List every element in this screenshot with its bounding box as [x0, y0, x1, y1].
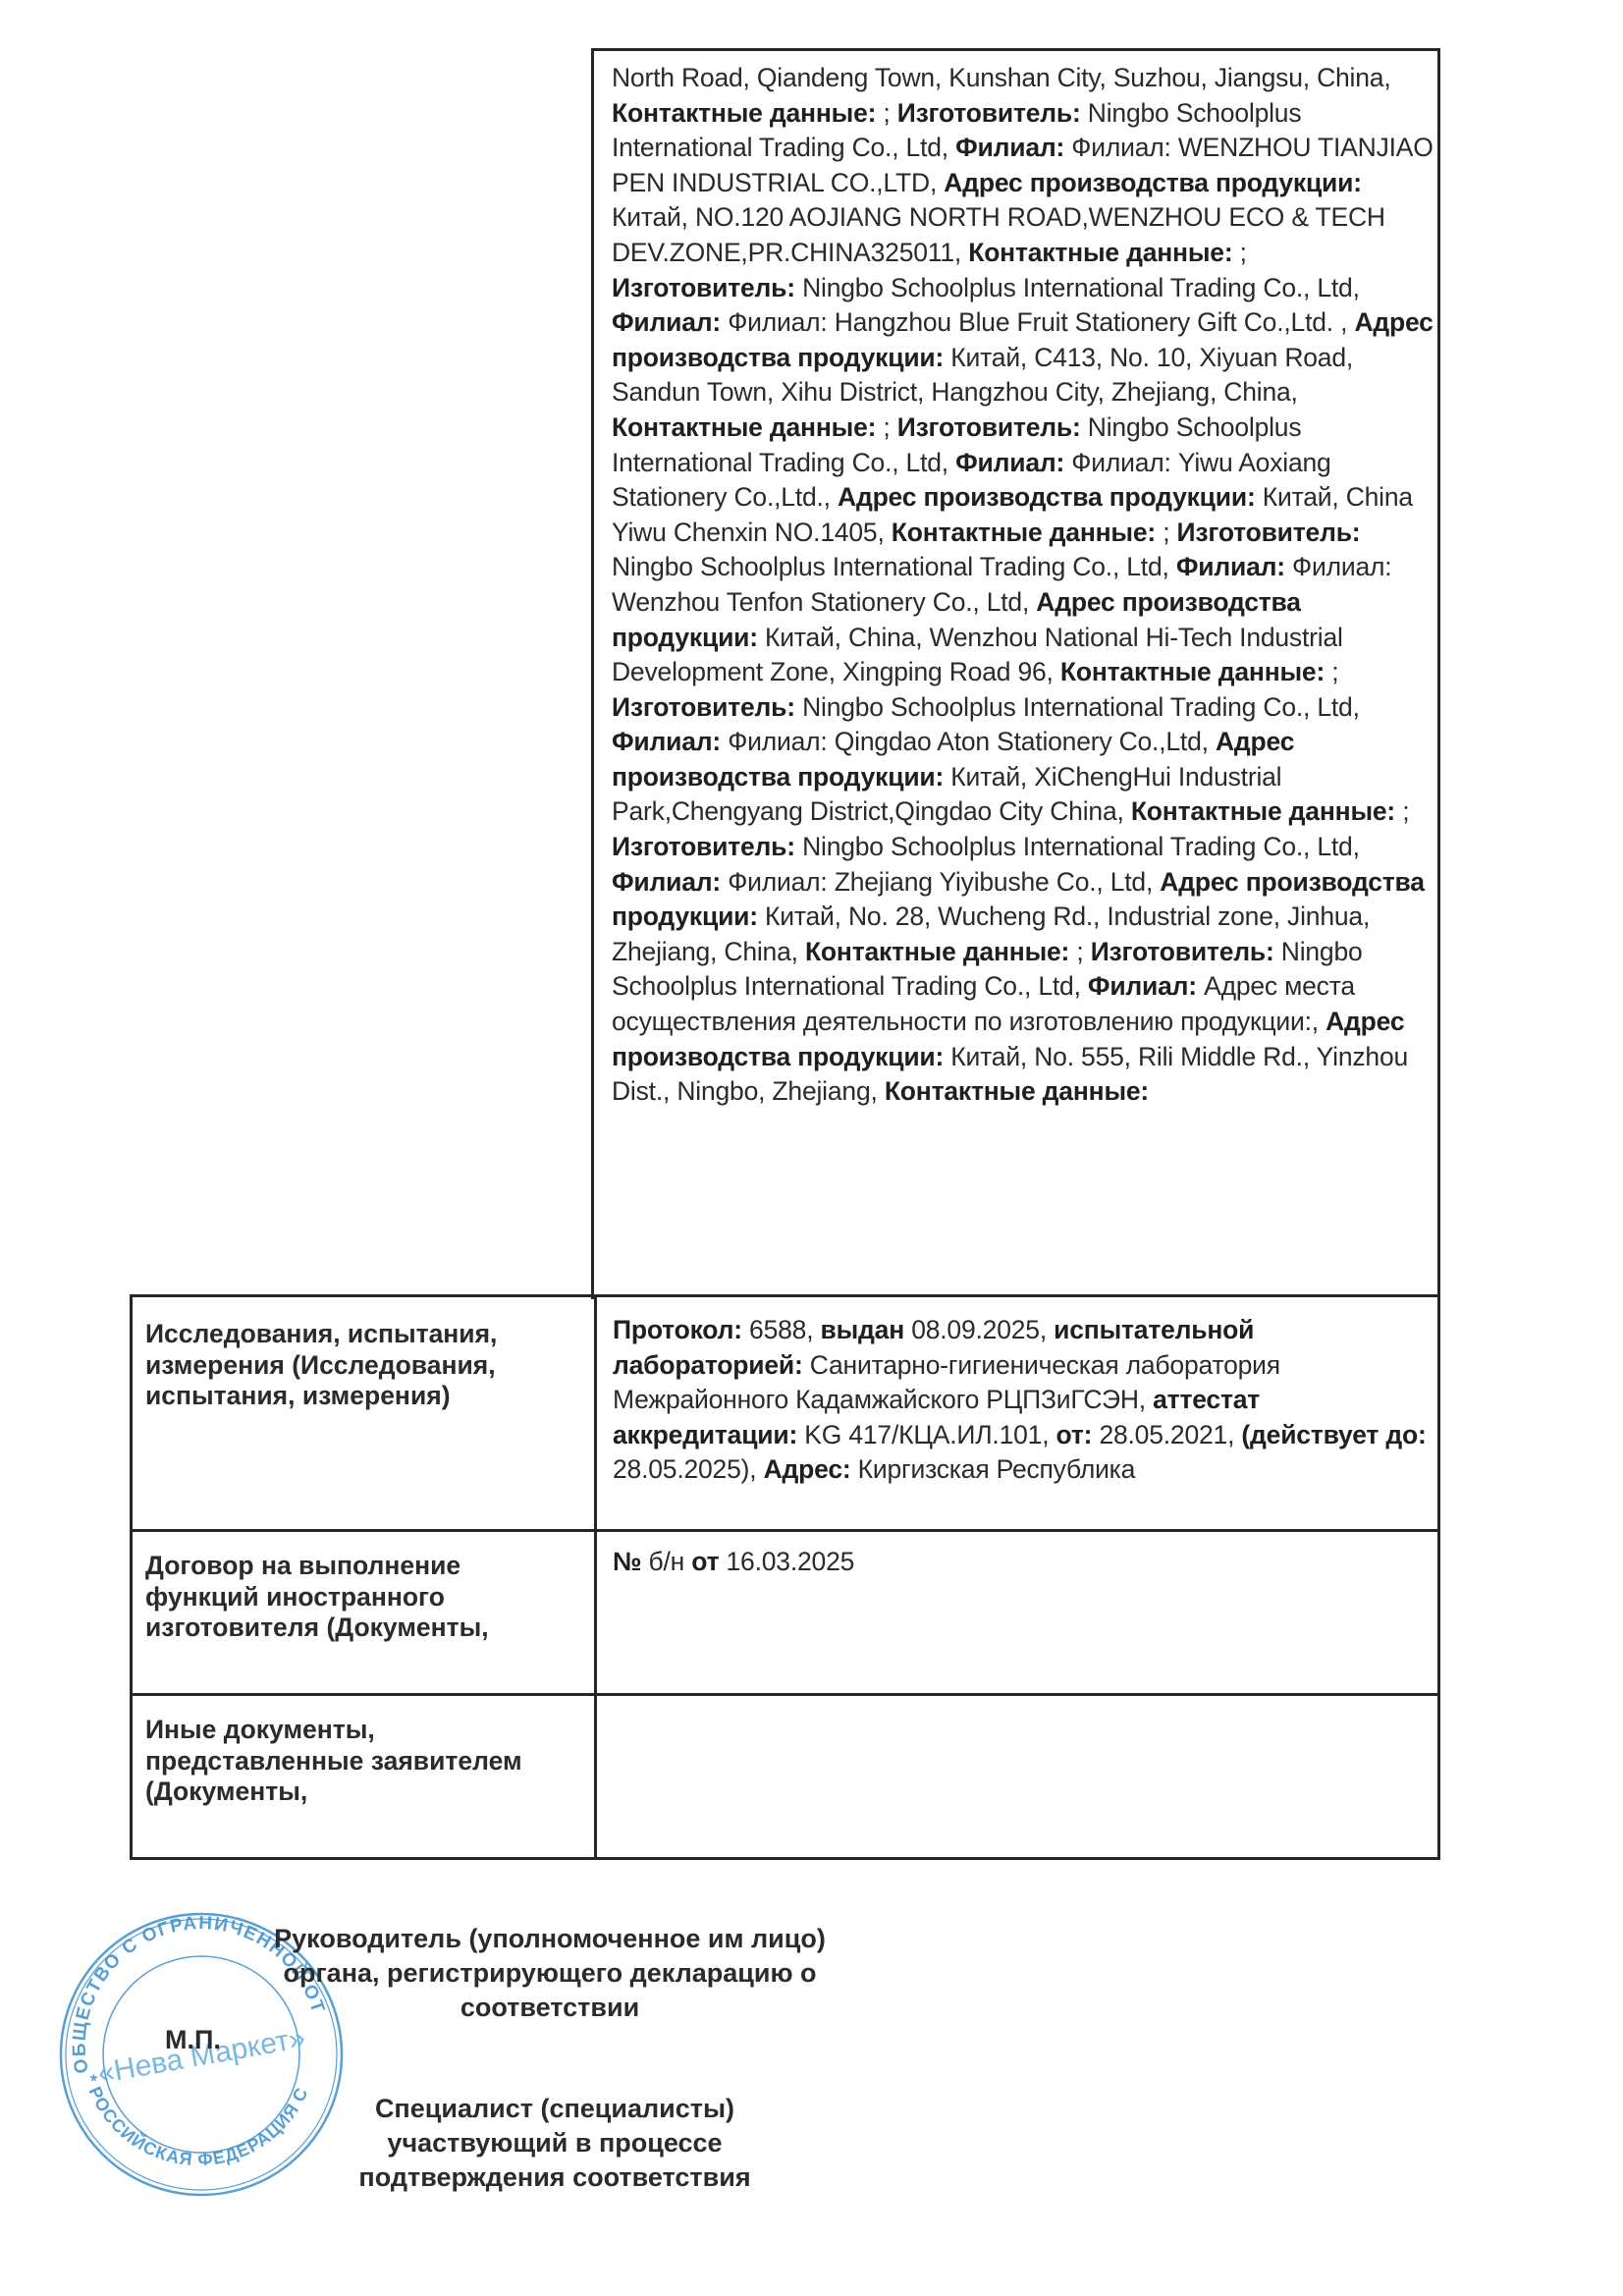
field-value: ;: [876, 412, 897, 442]
head-signature-label: Руководитель (уполномоченное им лицо) ор…: [260, 1922, 839, 2025]
field-label: Филиал:: [612, 307, 721, 337]
manufacturer-details-cell: North Road, Qiandeng Town, Kunshan City,…: [591, 48, 1440, 1299]
row-label-cell: Исследования, испытания, измерения (Иссл…: [133, 1297, 597, 1529]
field-label: Изготовитель:: [612, 692, 795, 722]
field-label: Протокол:: [613, 1315, 742, 1344]
field-value: Филиал: Zhejiang Yiyibushe Co., Ltd,: [721, 867, 1160, 897]
field-value: б/н: [641, 1547, 691, 1576]
field-label: №: [613, 1547, 641, 1576]
field-label: Контактные данные:: [805, 937, 1069, 966]
field-value: 6588,: [742, 1315, 821, 1344]
field-value: Филиал: Hangzhou Blue Fruit Stationery G…: [721, 307, 1354, 337]
field-label: от: [691, 1547, 719, 1576]
field-value: Ningbo Schoolplus International Trading …: [795, 832, 1360, 861]
field-value: ;: [876, 98, 897, 128]
specialist-signature-label: Специалист (специалисты) участвующий в п…: [309, 2092, 800, 2195]
field-value: 08.09.2025,: [904, 1315, 1054, 1344]
field-value: ;: [1069, 937, 1091, 966]
field-value: ;: [1395, 796, 1409, 826]
field-label: Адрес производства продукции:: [838, 482, 1256, 512]
field-value: Киргизская Республика: [851, 1454, 1136, 1484]
field-value: North Road, Qiandeng Town, Kunshan City,…: [612, 63, 1390, 92]
row-label-contract: Договор на выполнение функций иностранно…: [145, 1551, 577, 1644]
field-label: Филиал:: [1088, 971, 1197, 1001]
field-label: Изготовитель:: [612, 832, 795, 861]
table-row-contract: Договор на выполнение функций иностранно…: [130, 1529, 1440, 1696]
field-label: Контактные данные:: [1060, 657, 1325, 686]
field-label: (действует до:: [1241, 1420, 1426, 1449]
field-value: ;: [1325, 657, 1338, 686]
row-value-cell: № б/н от 16.03.2025: [597, 1529, 1437, 1693]
field-value: ;: [1156, 518, 1177, 547]
field-label: Контактные данные:: [885, 1076, 1149, 1106]
field-value: 28.05.2021,: [1092, 1420, 1241, 1449]
row-label-other-documents: Иные документы, представленные заявителе…: [145, 1715, 577, 1808]
field-label: Филиал:: [612, 867, 721, 897]
row-value-cell: Протокол: 6588, выдан 08.09.2025, испыта…: [597, 1297, 1437, 1529]
field-label: Изготовитель:: [1177, 518, 1361, 547]
field-value: Ningbo Schoolplus International Trading …: [612, 552, 1176, 581]
field-label: от:: [1056, 1420, 1093, 1449]
field-label: Филиал:: [955, 133, 1064, 162]
field-value: Ningbo Schoolplus International Trading …: [795, 273, 1360, 302]
field-value: Филиал: Qingdao Aton Stationery Co.,Ltd,: [721, 727, 1216, 756]
field-label: выдан: [821, 1315, 905, 1344]
field-value: 28.05.2025),: [613, 1454, 764, 1484]
table-row-tests: Исследования, испытания, измерения (Иссл…: [130, 1294, 1440, 1532]
field-label: Контактные данные:: [968, 238, 1232, 267]
field-value: KG 417/КЦА.ИЛ.101,: [797, 1420, 1055, 1449]
field-value: Ningbo Schoolplus International Trading …: [795, 692, 1360, 722]
row-value-tests: Протокол: 6588, выдан 08.09.2025, испыта…: [613, 1313, 1428, 1488]
field-label: Адрес производства продукции:: [944, 168, 1362, 197]
manufacturer-details-text: North Road, Qiandeng Town, Kunshan City,…: [612, 61, 1436, 1110]
row-label-tests: Исследования, испытания, измерения (Иссл…: [145, 1319, 577, 1412]
field-label: Контактные данные:: [892, 518, 1156, 547]
field-label: Адрес:: [764, 1454, 851, 1484]
table-row-other-documents: Иные документы, представленные заявителе…: [130, 1693, 1440, 1860]
field-label: Контактные данные:: [1131, 796, 1395, 826]
stamp-placeholder-label: М.П.: [165, 2025, 221, 2055]
field-label: Филиал:: [955, 448, 1064, 477]
field-value: ;: [1232, 238, 1246, 267]
field-label: Изготовитель:: [612, 273, 795, 302]
field-label: Изготовитель:: [897, 98, 1081, 128]
field-label: Контактные данные:: [612, 412, 876, 442]
field-label: Контактные данные:: [612, 98, 876, 128]
field-label: Изготовитель:: [1091, 937, 1274, 966]
field-label: Филиал:: [612, 727, 721, 756]
row-label-cell: Договор на выполнение функций иностранно…: [133, 1529, 597, 1693]
field-label: Филиал:: [1176, 552, 1285, 581]
field-label: Изготовитель:: [897, 412, 1081, 442]
row-value-contract: № б/н от 16.03.2025: [613, 1545, 1428, 1580]
row-value-cell: [597, 1693, 1437, 1857]
row-label-cell: Иные документы, представленные заявителе…: [133, 1693, 597, 1857]
field-value: 16.03.2025: [719, 1547, 854, 1576]
